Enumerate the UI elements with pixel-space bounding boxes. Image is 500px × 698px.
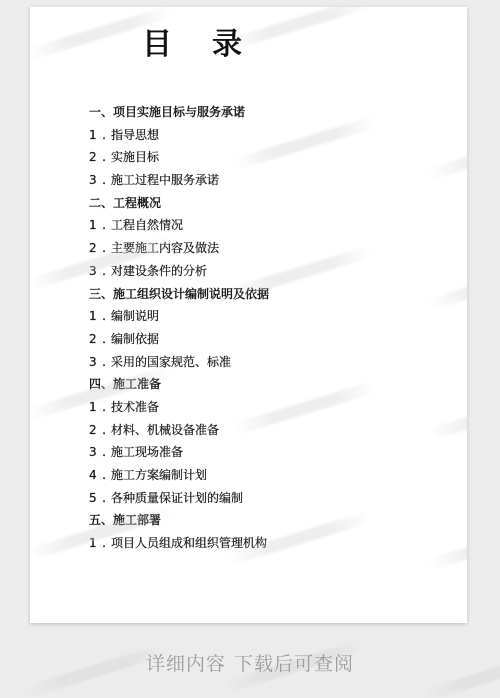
watermark [227, 7, 374, 51]
toc-separator: . [97, 305, 111, 328]
toc-number: 4 [89, 464, 97, 487]
download-hint: 详细内容下载后可查阅 [0, 651, 500, 677]
toc-number: 2 [89, 146, 97, 169]
toc-label: 实施目标 [111, 150, 159, 164]
download-hint-part1: 详细内容 [146, 653, 226, 675]
toc-label: 四、施工准备 [89, 377, 161, 391]
toc-label: 项目人员组成和组织管理机构 [111, 536, 267, 550]
toc-label: 施工现场准备 [111, 445, 183, 459]
toc-separator: . [97, 487, 111, 510]
toc-item[interactable]: 5.各种质量保证计划的编制 [89, 487, 269, 510]
toc-separator: . [97, 464, 111, 487]
document-page: 目 录 一、项目实施目标与服务承诺 1.指导思想 2.实施目标 3.施工过程中服… [30, 7, 467, 623]
toc-item[interactable]: 2.实施目标 [89, 146, 269, 169]
toc-label: 五、施工部署 [89, 513, 161, 527]
toc-separator: . [97, 214, 111, 237]
toc-label: 各种质量保证计划的编制 [111, 491, 243, 505]
toc-label: 三、施工组织设计编制说明及依据 [89, 287, 269, 301]
toc-number: 3 [89, 441, 97, 464]
title-char-2: 录 [212, 25, 242, 65]
toc-label: 编制说明 [111, 309, 159, 323]
download-hint-part2: 下载后可查阅 [234, 653, 354, 675]
toc-label: 主要施工内容及做法 [111, 241, 219, 255]
toc-separator: . [97, 328, 111, 351]
toc-label: 对建设条件的分析 [111, 264, 207, 278]
toc-separator: . [97, 124, 111, 147]
toc-separator: . [97, 260, 111, 283]
toc-label: 二、工程概况 [89, 196, 161, 210]
toc-label: 采用的国家规范、标准 [111, 355, 231, 369]
toc-number: 2 [89, 328, 97, 351]
toc-item[interactable]: 3.采用的国家规范、标准 [89, 351, 269, 374]
toc-number: 3 [89, 351, 97, 374]
toc-item[interactable]: 3.施工现场准备 [89, 441, 269, 464]
toc-item[interactable]: 1.编制说明 [89, 305, 269, 328]
toc-section-2[interactable]: 二、工程概况 [89, 192, 269, 215]
title-char-1: 目 [142, 25, 172, 65]
toc-item[interactable]: 1.项目人员组成和组织管理机构 [89, 532, 269, 555]
toc-separator: . [97, 169, 111, 192]
toc-item[interactable]: 2.材料、机械设备准备 [89, 419, 269, 442]
toc-label: 施工过程中服务承诺 [111, 173, 219, 187]
toc-number: 3 [89, 260, 97, 283]
toc-label: 材料、机械设备准备 [111, 423, 219, 437]
toc-separator: . [97, 237, 111, 260]
toc-number: 1 [89, 214, 97, 237]
toc-separator: . [97, 146, 111, 169]
toc-separator: . [97, 396, 111, 419]
toc-section-1[interactable]: 一、项目实施目标与服务承诺 [89, 101, 269, 124]
watermark [427, 515, 467, 570]
toc-separator: . [97, 351, 111, 374]
toc-item[interactable]: 1.指导思想 [89, 124, 269, 147]
toc-label: 编制依据 [111, 332, 159, 346]
watermark [427, 125, 467, 180]
toc-number: 2 [89, 419, 97, 442]
toc-separator: . [97, 532, 111, 555]
toc-label: 技术准备 [111, 400, 159, 414]
toc-separator: . [97, 419, 111, 442]
toc-section-5[interactable]: 五、施工部署 [89, 509, 269, 532]
toc-number: 2 [89, 237, 97, 260]
toc-item[interactable]: 2.编制依据 [89, 328, 269, 351]
toc-number: 1 [89, 124, 97, 147]
toc-section-3[interactable]: 三、施工组织设计编制说明及依据 [89, 283, 269, 306]
toc-number: 3 [89, 169, 97, 192]
watermark [427, 385, 467, 440]
toc-item[interactable]: 3.施工过程中服务承诺 [89, 169, 269, 192]
toc-item[interactable]: 3.对建设条件的分析 [89, 260, 269, 283]
page-title: 目 录 [142, 25, 242, 65]
watermark [427, 255, 467, 310]
toc-label: 施工方案编制计划 [111, 468, 207, 482]
toc-number: 5 [89, 487, 97, 510]
toc-number: 1 [89, 396, 97, 419]
toc-number: 1 [89, 305, 97, 328]
toc-label: 工程自然情况 [111, 218, 183, 232]
toc-separator: . [97, 441, 111, 464]
toc-item[interactable]: 1.工程自然情况 [89, 214, 269, 237]
toc-label: 指导思想 [111, 128, 159, 142]
toc-section-4[interactable]: 四、施工准备 [89, 373, 269, 396]
toc-item[interactable]: 4.施工方案编制计划 [89, 464, 269, 487]
toc-number: 1 [89, 532, 97, 555]
toc-label: 一、项目实施目标与服务承诺 [89, 105, 245, 119]
table-of-contents: 一、项目实施目标与服务承诺 1.指导思想 2.实施目标 3.施工过程中服务承诺 … [89, 101, 269, 555]
toc-item[interactable]: 2.主要施工内容及做法 [89, 237, 269, 260]
toc-item[interactable]: 1.技术准备 [89, 396, 269, 419]
